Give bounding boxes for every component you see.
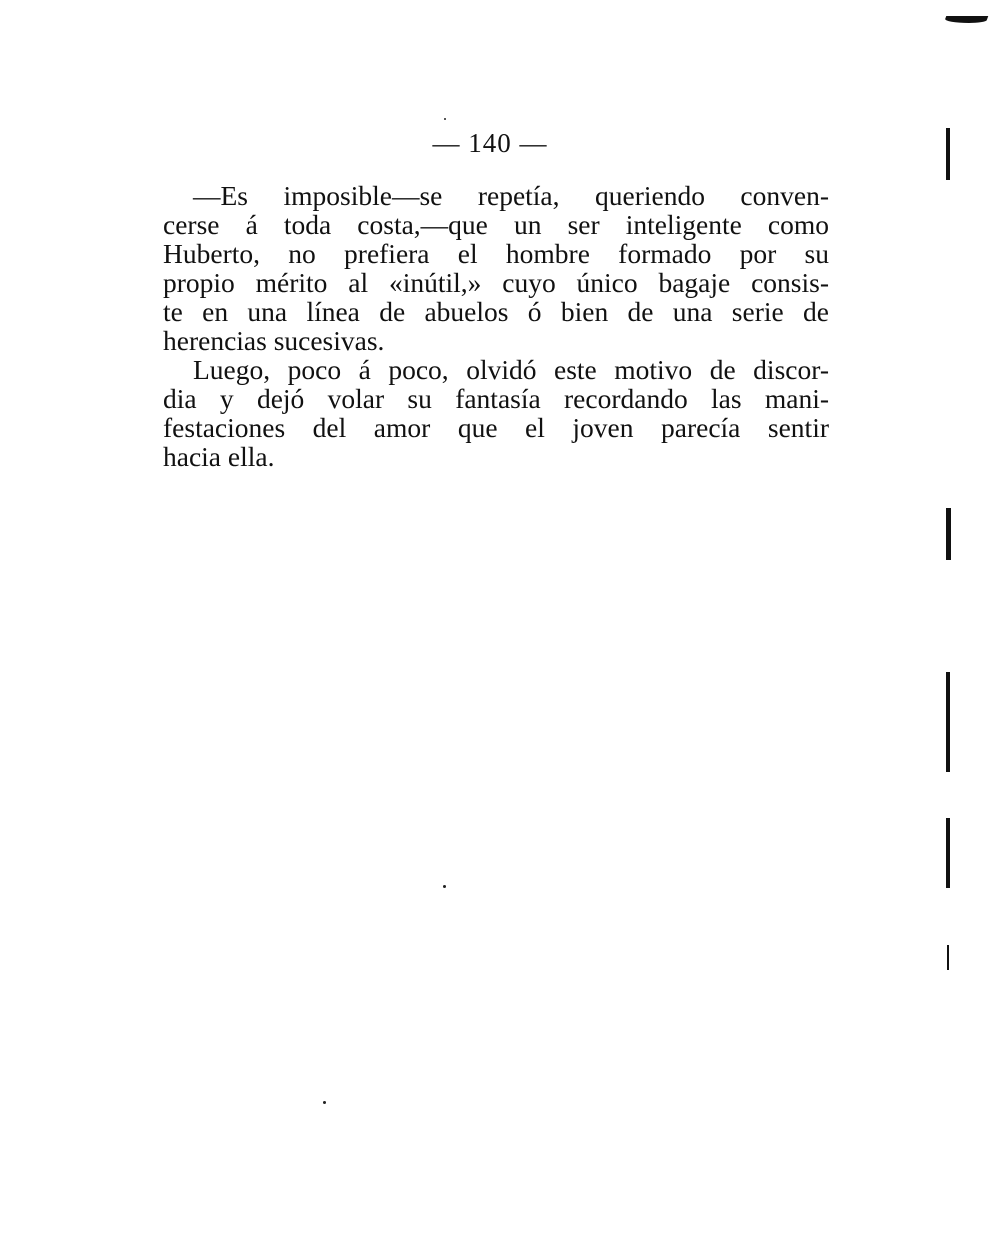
scan-artifact <box>947 945 949 970</box>
paragraph-1: —Es imposible—se repetía, queriendo conv… <box>163 181 829 355</box>
text-line: herencias sucesivas. <box>163 326 829 355</box>
text-line: dia y dejó volar su fantasía recordando … <box>163 384 829 413</box>
text-line: Luego, poco á poco, olvidó este motivo d… <box>163 355 829 384</box>
text-line: cerse á toda costa,—que un ser inteligen… <box>163 210 829 239</box>
page-number: — 140 — <box>0 128 980 159</box>
scan-artifact <box>946 672 950 772</box>
scan-speck <box>443 885 446 888</box>
paragraph-2: Luego, poco á poco, olvidó este motivo d… <box>163 355 829 471</box>
scan-artifact <box>946 128 950 180</box>
scan-artifact-top <box>944 16 989 23</box>
scan-artifact <box>946 818 950 888</box>
text-line: festaciones del amor que el joven parecí… <box>163 413 829 442</box>
text-line: —Es imposible—se repetía, queriendo conv… <box>163 181 829 210</box>
text-line: Huberto, no prefiera el hombre formado p… <box>163 239 829 268</box>
scan-artifact <box>946 508 951 560</box>
text-line: propio mérito al «inútil,» cuyo único ba… <box>163 268 829 297</box>
scan-speck <box>323 1101 326 1104</box>
text-line: te en una línea de abuelos ó bien de una… <box>163 297 829 326</box>
body-text: —Es imposible—se repetía, queriendo conv… <box>163 181 829 471</box>
text-line: hacia ella. <box>163 442 829 471</box>
scan-speck <box>444 118 446 120</box>
